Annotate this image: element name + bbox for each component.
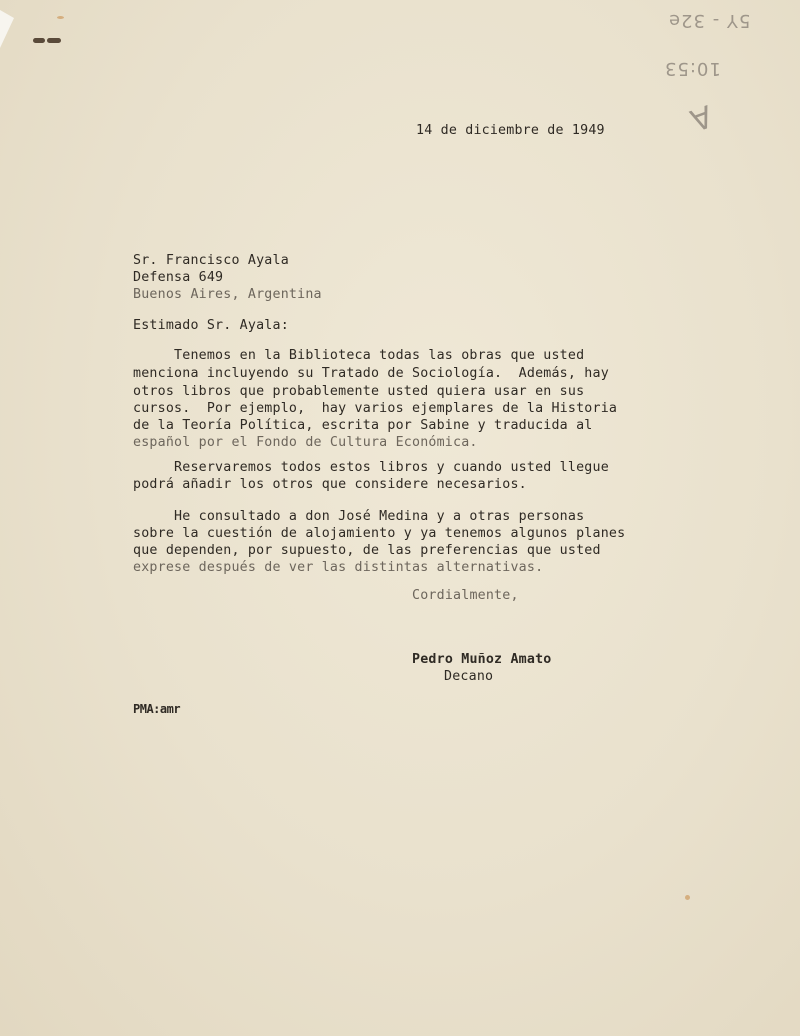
closing: Cordialmente,: [412, 586, 519, 605]
paragraph-line: español por el Fondo de Cultura Económic…: [133, 433, 478, 452]
stain-mark: [57, 16, 64, 19]
paperclip-mark-icon: [33, 30, 73, 38]
pencil-annotation-mark: A: [685, 97, 717, 137]
paragraph-line: exprese después de ver las distintas alt…: [133, 558, 543, 577]
letter-date: 14 de diciembre de 1949: [416, 121, 605, 140]
paragraph-line: menciona incluyendo su Tratado de Sociol…: [133, 364, 609, 383]
reference-initials: PMA:amr: [133, 700, 180, 719]
paragraph-line: podrá añadir los otros que considere nec…: [133, 475, 527, 494]
salutation: Estimado Sr. Ayala:: [133, 316, 289, 335]
signer-title: Decano: [444, 667, 493, 686]
pencil-annotation-number: 10:53: [664, 58, 721, 79]
paragraph-line: Tenemos en la Biblioteca todas las obras…: [133, 346, 584, 365]
pencil-annotation-archive-code: 5Y - 32e: [668, 10, 750, 31]
stain-mark: [685, 895, 690, 900]
torn-corner: [0, 10, 14, 48]
letter-page: 5Y - 32e 10:53 A 14 de diciembre de 1949…: [0, 0, 800, 1036]
recipient-city: Buenos Aires, Argentina: [133, 285, 322, 304]
